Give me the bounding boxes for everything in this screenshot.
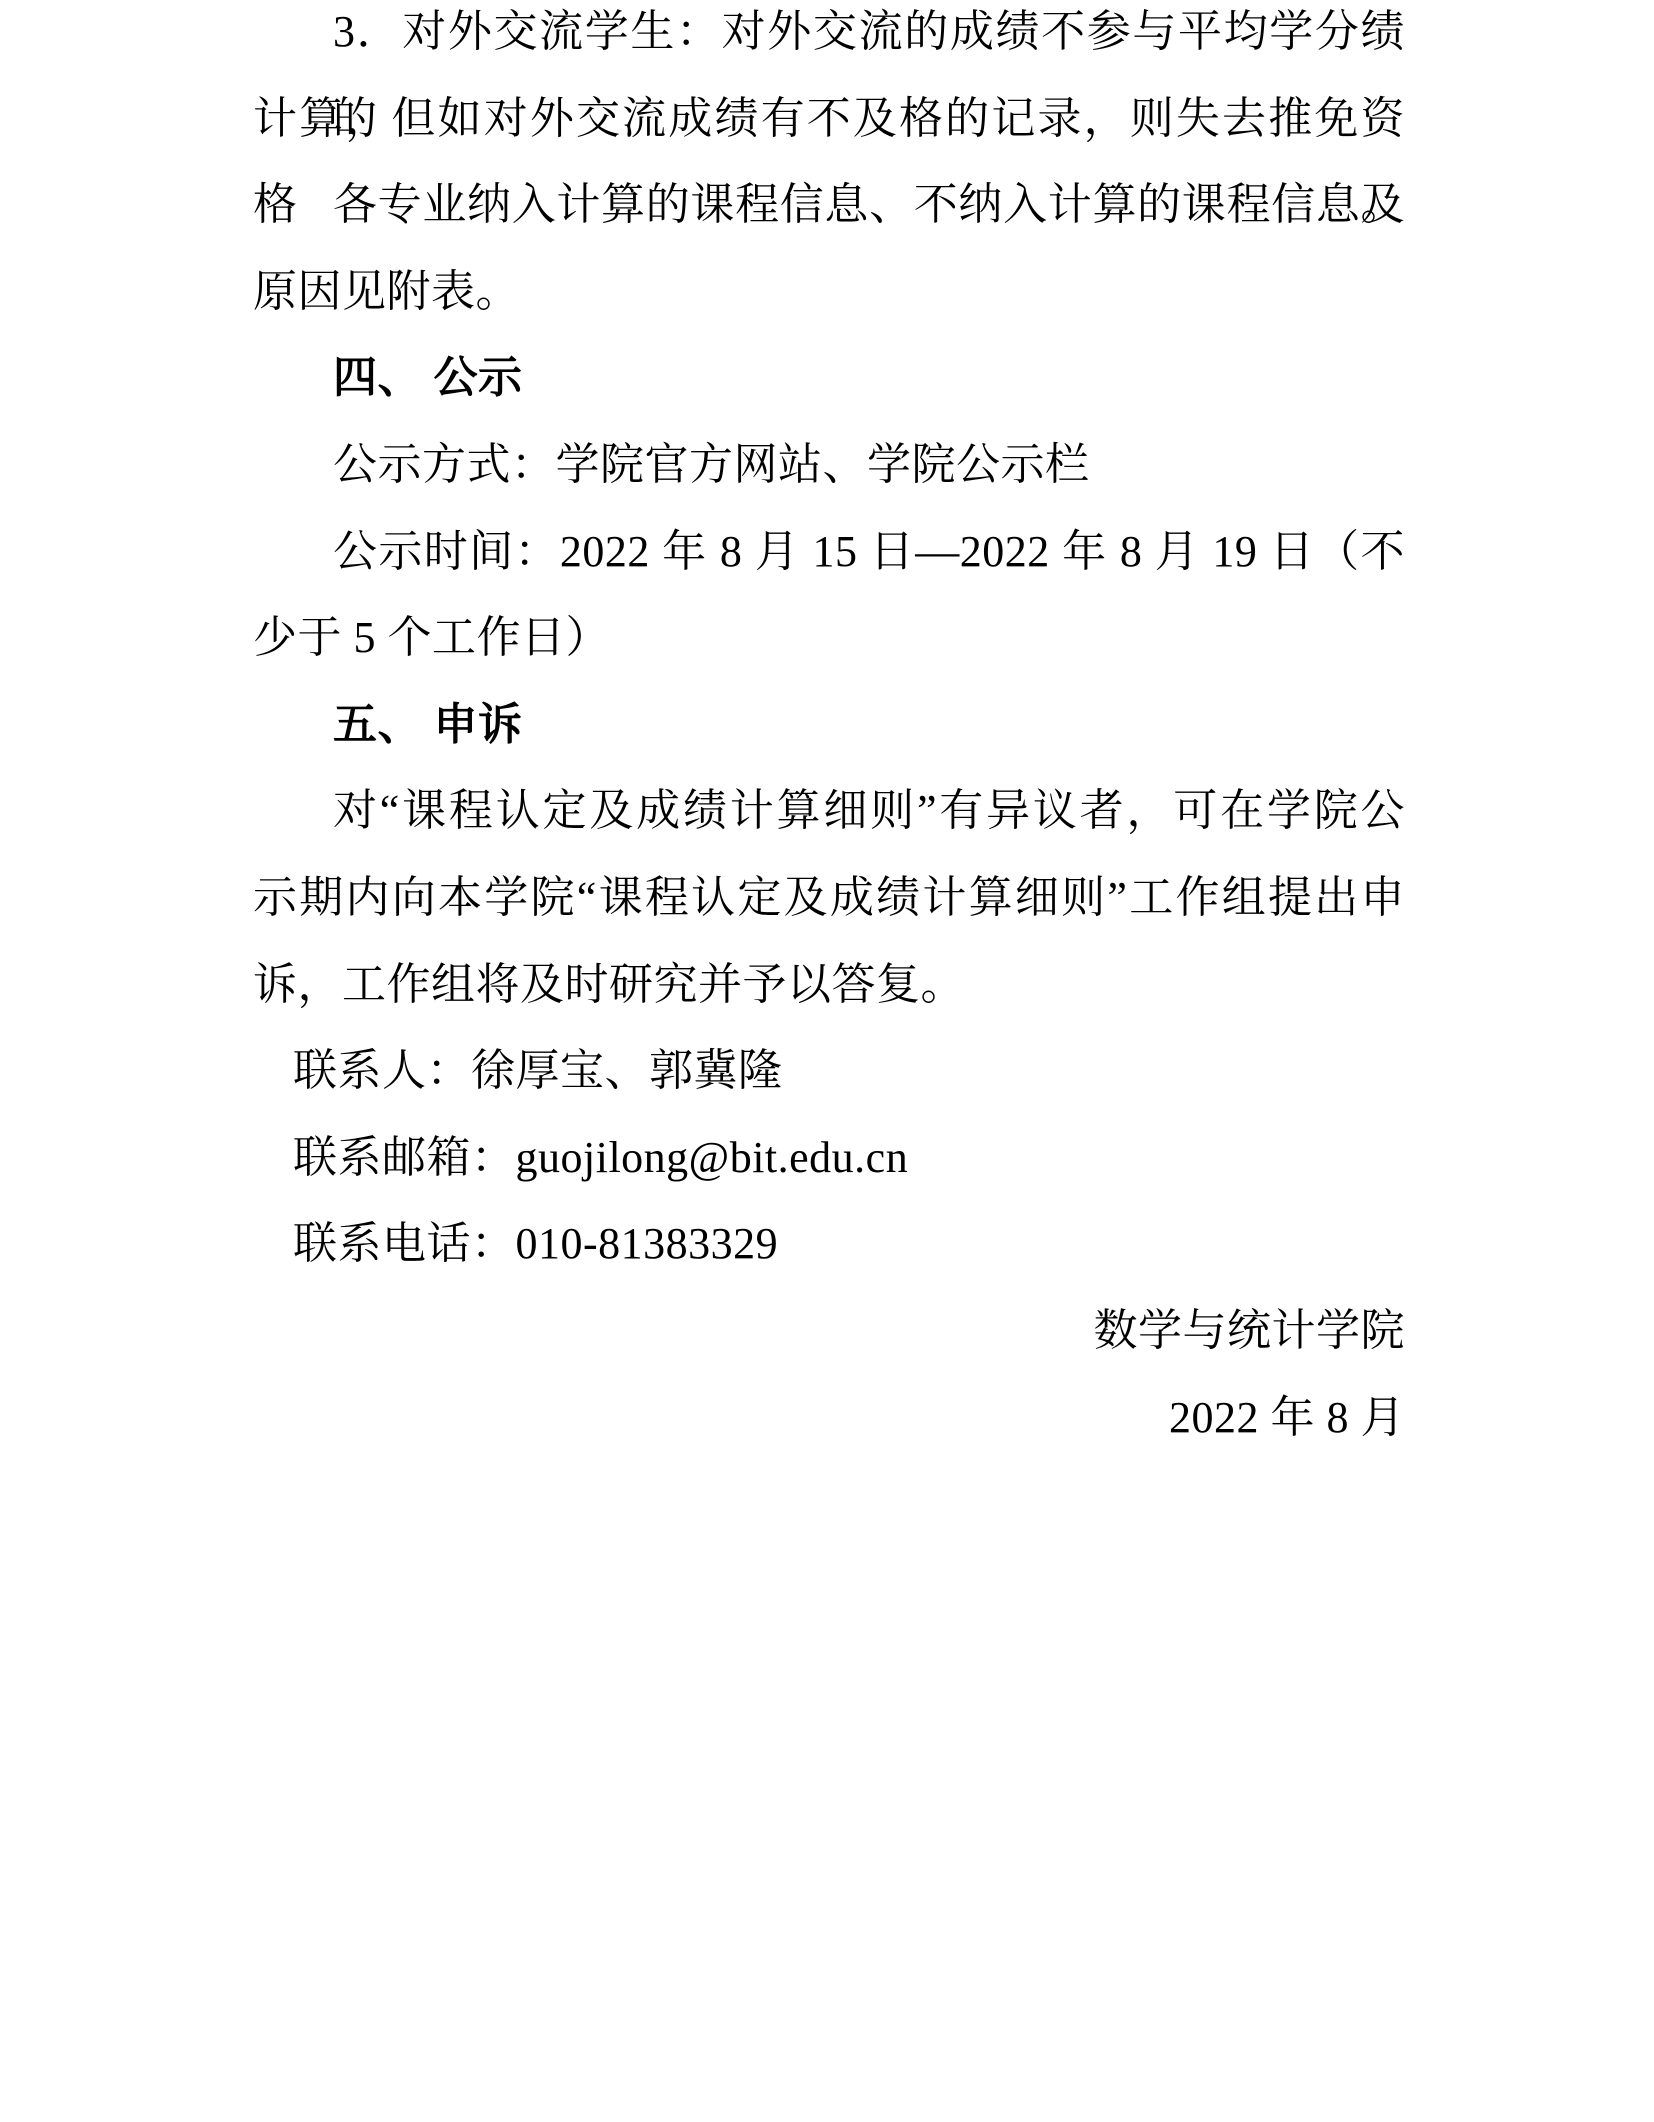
paragraph-line: 对“课程认定及成绩计算细则”有异议者，可在学院公 <box>253 768 1405 855</box>
paragraph-line: 原因见附表。 <box>253 249 1405 336</box>
section-heading-appeal: 五、 申诉 <box>253 682 1405 769</box>
paragraph-line: 少于 5 个工作日） <box>253 595 1405 682</box>
paragraph-line: 诉，工作组将及时研究并予以答复。 <box>253 942 1405 1029</box>
paragraph-line: 各专业纳入计算的课程信息、不纳入计算的课程信息及 <box>253 162 1405 249</box>
paragraph-line: 3．对外交流学生：对外交流的成绩不参与平均学分绩的 <box>253 0 1405 76</box>
contact-email-line: 联系邮箱：guojilong@bit.edu.cn <box>253 1115 1405 1202</box>
paragraph-line: 计算，但如对外交流成绩有不及格的记录，则失去推免资格。 <box>253 76 1405 163</box>
signature-organization: 数学与统计学院 <box>253 1288 1405 1375</box>
section-heading-publicity: 四、 公示 <box>253 335 1405 422</box>
contact-phone-line: 联系电话：010-81383329 <box>253 1201 1405 1288</box>
contact-person-line: 联系人：徐厚宝、郭冀隆 <box>253 1028 1405 1115</box>
paragraph-line: 示期内向本学院“课程认定及成绩计算细则”工作组提出申 <box>253 855 1405 942</box>
paragraph-line: 公示时间：2022 年 8 月 15 日—2022 年 8 月 19 日（不 <box>253 509 1405 596</box>
paragraph-line: 公示方式：学院官方网站、学院公示栏 <box>253 422 1405 509</box>
document-page: 3．对外交流学生：对外交流的成绩不参与平均学分绩的 计算，但如对外交流成绩有不及… <box>0 0 1654 2122</box>
page-text-block: 3．对外交流学生：对外交流的成绩不参与平均学分绩的 计算，但如对外交流成绩有不及… <box>253 0 1405 1461</box>
signature-date: 2022 年 8 月 <box>253 1375 1405 1462</box>
